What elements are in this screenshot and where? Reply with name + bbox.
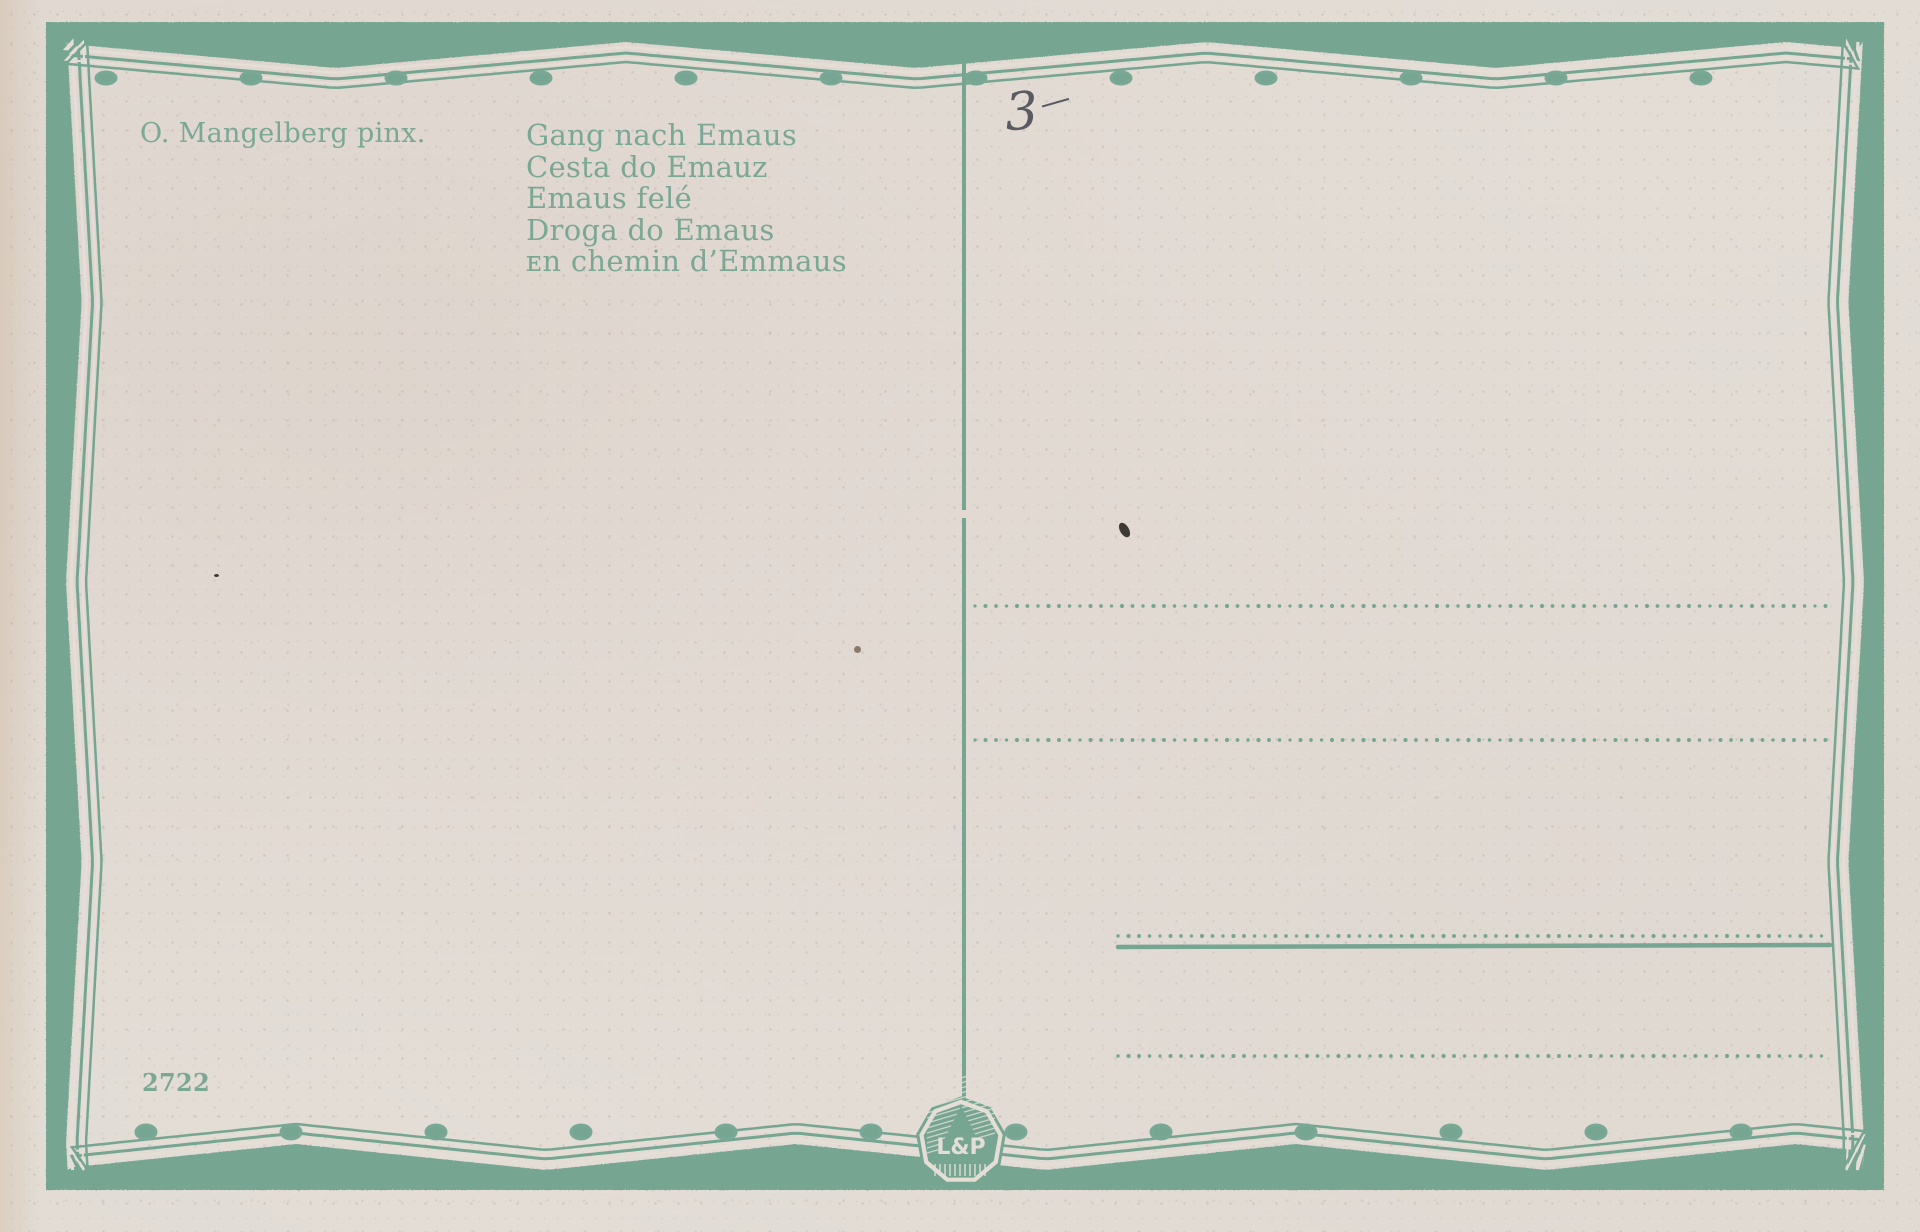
- title-polish: Droga do Emaus: [526, 215, 847, 247]
- title-german: Gang nach Emaus: [526, 120, 847, 152]
- catalog-number: 2722: [142, 1068, 210, 1097]
- artist-credit: O. Mangelberg pinx.: [140, 118, 426, 149]
- center-divider: [950, 46, 978, 1098]
- postcard-back: L&P O. Mangelberg pinx. Gang nach Emaus …: [0, 0, 1920, 1232]
- title-hungarian: Emaus felé: [526, 183, 847, 215]
- handwritten-digit: 3: [1003, 81, 1040, 143]
- handwritten-dash: [1042, 98, 1069, 108]
- svg-text:L&P: L&P: [936, 1135, 985, 1160]
- title-list: Gang nach Emaus Cesta do Emauz Emaus fel…: [526, 120, 847, 278]
- handwritten-note: 3: [1003, 83, 1072, 139]
- title-french: ᴇn chemin d’Emmaus: [526, 246, 847, 278]
- paper-speck: [854, 646, 861, 653]
- octagon-publisher-logo-icon: L&P: [918, 1068, 1005, 1183]
- decorative-border: L&P: [0, 0, 1920, 1232]
- address-lines: [973, 604, 1830, 1058]
- title-czech: Cesta do Emauz: [526, 152, 847, 184]
- paper-speck: [214, 574, 219, 577]
